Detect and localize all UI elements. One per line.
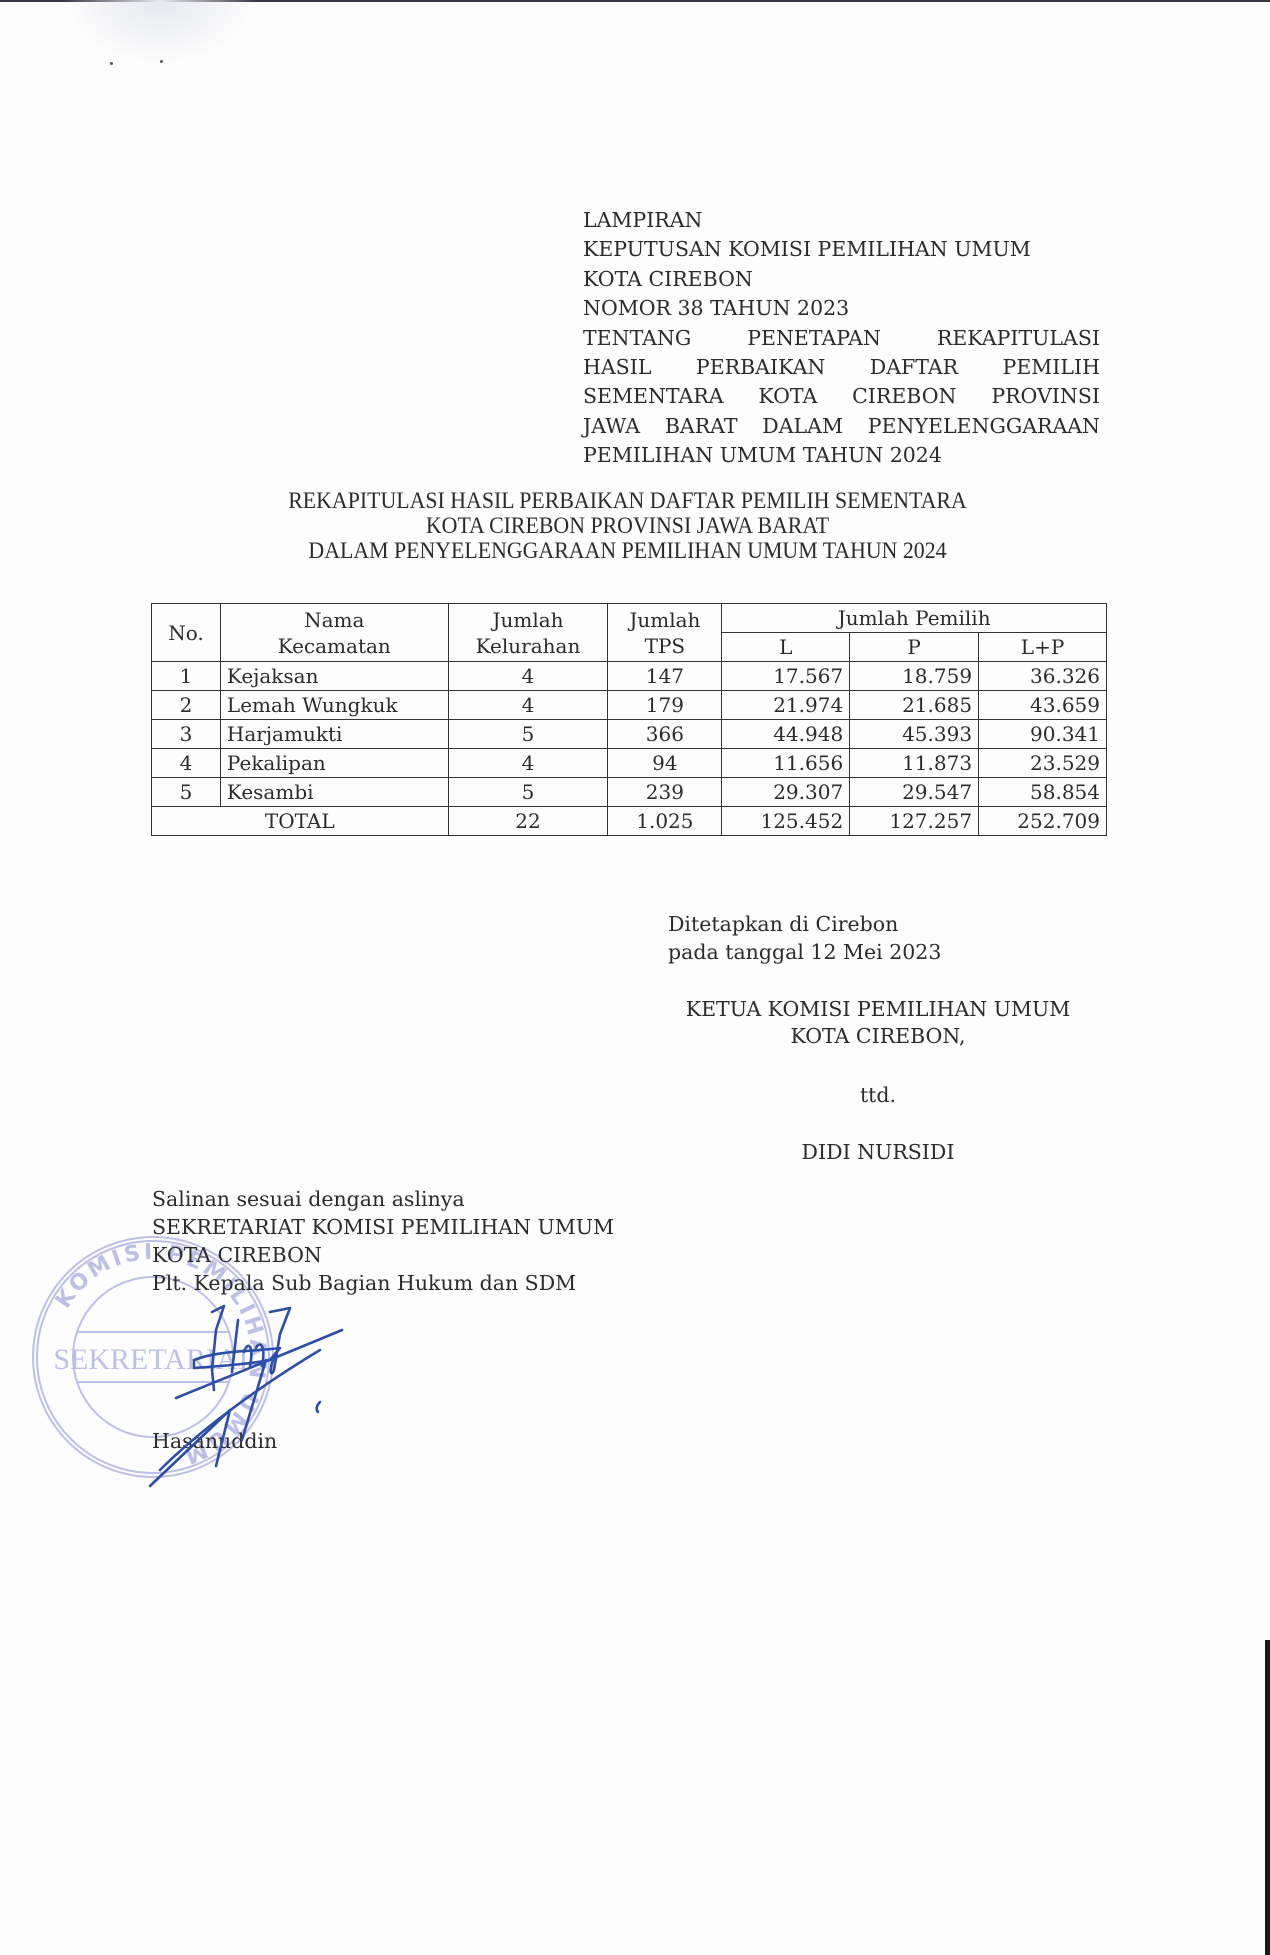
cell-p: 45.393	[850, 720, 979, 749]
attachment-line: JAWA BARAT DALAM PENYELENGGARAAN	[583, 412, 1100, 441]
cell-p: 29.547	[850, 778, 979, 807]
title-line: KOTA CIREBON PROVINSI JAWA BARAT	[221, 513, 1033, 538]
cell-kelurahan: 4	[448, 749, 608, 778]
cell-no: 2	[152, 691, 221, 720]
cell-lp: 23.529	[979, 749, 1107, 778]
cell-l: 11.656	[722, 749, 850, 778]
certified-copy-block: Salinan sesuai dengan aslinya SEKRETARIA…	[152, 1185, 614, 1297]
cell-tps: 366	[608, 720, 722, 749]
total-kelurahan: 22	[448, 807, 608, 836]
cell-tps: 94	[608, 749, 722, 778]
scan-right-edge	[1265, 1640, 1270, 1955]
attachment-header: LAMPIRAN KEPUTUSAN KOMISI PEMILIHAN UMUM…	[583, 206, 1100, 471]
cell-lp: 58.854	[979, 778, 1107, 807]
copy-signer-name: Hasanuddin	[152, 1429, 277, 1453]
attachment-line: NOMOR 38 TAHUN 2023	[583, 294, 1100, 323]
cell-p: 18.759	[850, 662, 979, 691]
total-tps: 1.025	[608, 807, 722, 836]
attachment-line: LAMPIRAN	[583, 206, 1100, 235]
sign-ttd: ttd.	[668, 1082, 1088, 1109]
sign-position: KETUA KOMISI PEMILIHAN UMUM	[668, 996, 1088, 1023]
cell-l: 17.567	[722, 662, 850, 691]
cell-tps: 239	[608, 778, 722, 807]
copy-line: Plt. Kepala Sub Bagian Hukum dan SDM	[152, 1269, 614, 1297]
cell-p: 21.685	[850, 691, 979, 720]
table-row: 3Harjamukti536644.94845.39390.341	[152, 720, 1107, 749]
table-row: 1Kejaksan414717.56718.75936.326	[152, 662, 1107, 691]
official-signature-block: Ditetapkan di Cirebon pada tanggal 12 Me…	[668, 910, 1088, 1166]
header-tps-line: Jumlah	[629, 608, 700, 632]
total-l: 125.452	[722, 807, 850, 836]
attachment-line: KEPUTUSAN KOMISI PEMILIHAN UMUM	[583, 235, 1100, 264]
header-lp: L+P	[979, 633, 1107, 662]
cell-nama: Kesambi	[220, 778, 448, 807]
header-p: P	[850, 633, 979, 662]
cell-nama: Harjamukti	[220, 720, 448, 749]
title-line: DALAM PENYELENGGARAAN PEMILIHAN UMUM TAH…	[221, 538, 1033, 563]
header-nama: Nama Kecamatan	[220, 604, 448, 662]
attachment-line: PEMILIHAN UMUM TAHUN 2024	[583, 441, 1100, 470]
attachment-line: SEMENTARA KOTA CIREBON PROVINSI	[583, 382, 1100, 411]
header-kelurahan: Jumlah Kelurahan	[448, 604, 608, 662]
sign-name: DIDI NURSIDI	[668, 1139, 1088, 1166]
sign-place: Ditetapkan di Cirebon	[668, 910, 1088, 938]
total-p: 127.257	[850, 807, 979, 836]
cell-lp: 43.659	[979, 691, 1107, 720]
cell-no: 5	[152, 778, 221, 807]
table-total-row: TOTAL 22 1.025 125.452 127.257 252.709	[152, 807, 1107, 836]
sign-date: pada tanggal 12 Mei 2023	[668, 938, 1088, 966]
copy-line: KOTA CIREBON	[152, 1241, 614, 1269]
header-l: L	[722, 633, 850, 662]
cell-kelurahan: 4	[448, 691, 608, 720]
header-kelurahan-line: Jumlah	[492, 608, 563, 632]
cell-l: 21.974	[722, 691, 850, 720]
cell-no: 3	[152, 720, 221, 749]
cell-tps: 179	[608, 691, 722, 720]
cell-lp: 36.326	[979, 662, 1107, 691]
copy-line: SEKRETARIAT KOMISI PEMILIHAN UMUM	[152, 1213, 614, 1241]
cell-lp: 90.341	[979, 720, 1107, 749]
attachment-line: TENTANG PENETAPAN REKAPITULASI	[583, 324, 1100, 353]
total-lp: 252.709	[979, 807, 1107, 836]
header-nama-line: Kecamatan	[278, 634, 391, 658]
header-tps: Jumlah TPS	[608, 604, 722, 662]
header-no: No.	[152, 604, 221, 662]
cell-kelurahan: 4	[448, 662, 608, 691]
table-row: 4Pekalipan49411.65611.87323.529	[152, 749, 1107, 778]
header-pemilih: Jumlah Pemilih	[722, 604, 1107, 633]
sign-position: KOTA CIREBON,	[668, 1023, 1088, 1050]
svg-text:SEKRETARIAT: SEKRETARIAT	[53, 1343, 252, 1376]
header-kelurahan-line: Kelurahan	[476, 634, 581, 658]
table-row: 2Lemah Wungkuk417921.97421.68543.659	[152, 691, 1107, 720]
table-header-row: No. Nama Kecamatan Jumlah Kelurahan Juml…	[152, 604, 1107, 633]
scan-shadow	[60, 0, 260, 65]
cell-kelurahan: 5	[448, 720, 608, 749]
cell-tps: 147	[608, 662, 722, 691]
copy-line: Salinan sesuai dengan aslinya	[152, 1185, 614, 1213]
cell-kelurahan: 5	[448, 778, 608, 807]
recap-table: No. Nama Kecamatan Jumlah Kelurahan Juml…	[151, 603, 1107, 836]
attachment-line: HASIL PERBAIKAN DAFTAR PEMILIH	[583, 353, 1100, 382]
header-tps-line: TPS	[645, 634, 686, 658]
cell-l: 44.948	[722, 720, 850, 749]
total-label: TOTAL	[152, 807, 449, 836]
cell-nama: Lemah Wungkuk	[220, 691, 448, 720]
scan-speck	[160, 60, 163, 63]
document-title: REKAPITULASI HASIL PERBAIKAN DAFTAR PEMI…	[221, 488, 1033, 563]
header-nama-line: Nama	[304, 608, 364, 632]
table-row: 5Kesambi523929.30729.54758.854	[152, 778, 1107, 807]
scan-speck	[110, 62, 113, 65]
handwritten-signature-icon	[120, 1290, 360, 1490]
attachment-line: KOTA CIREBON	[583, 265, 1100, 294]
title-line: REKAPITULASI HASIL PERBAIKAN DAFTAR PEMI…	[221, 488, 1033, 513]
cell-l: 29.307	[722, 778, 850, 807]
cell-nama: Kejaksan	[220, 662, 448, 691]
cell-p: 11.873	[850, 749, 979, 778]
cell-no: 4	[152, 749, 221, 778]
cell-nama: Pekalipan	[220, 749, 448, 778]
cell-no: 1	[152, 662, 221, 691]
